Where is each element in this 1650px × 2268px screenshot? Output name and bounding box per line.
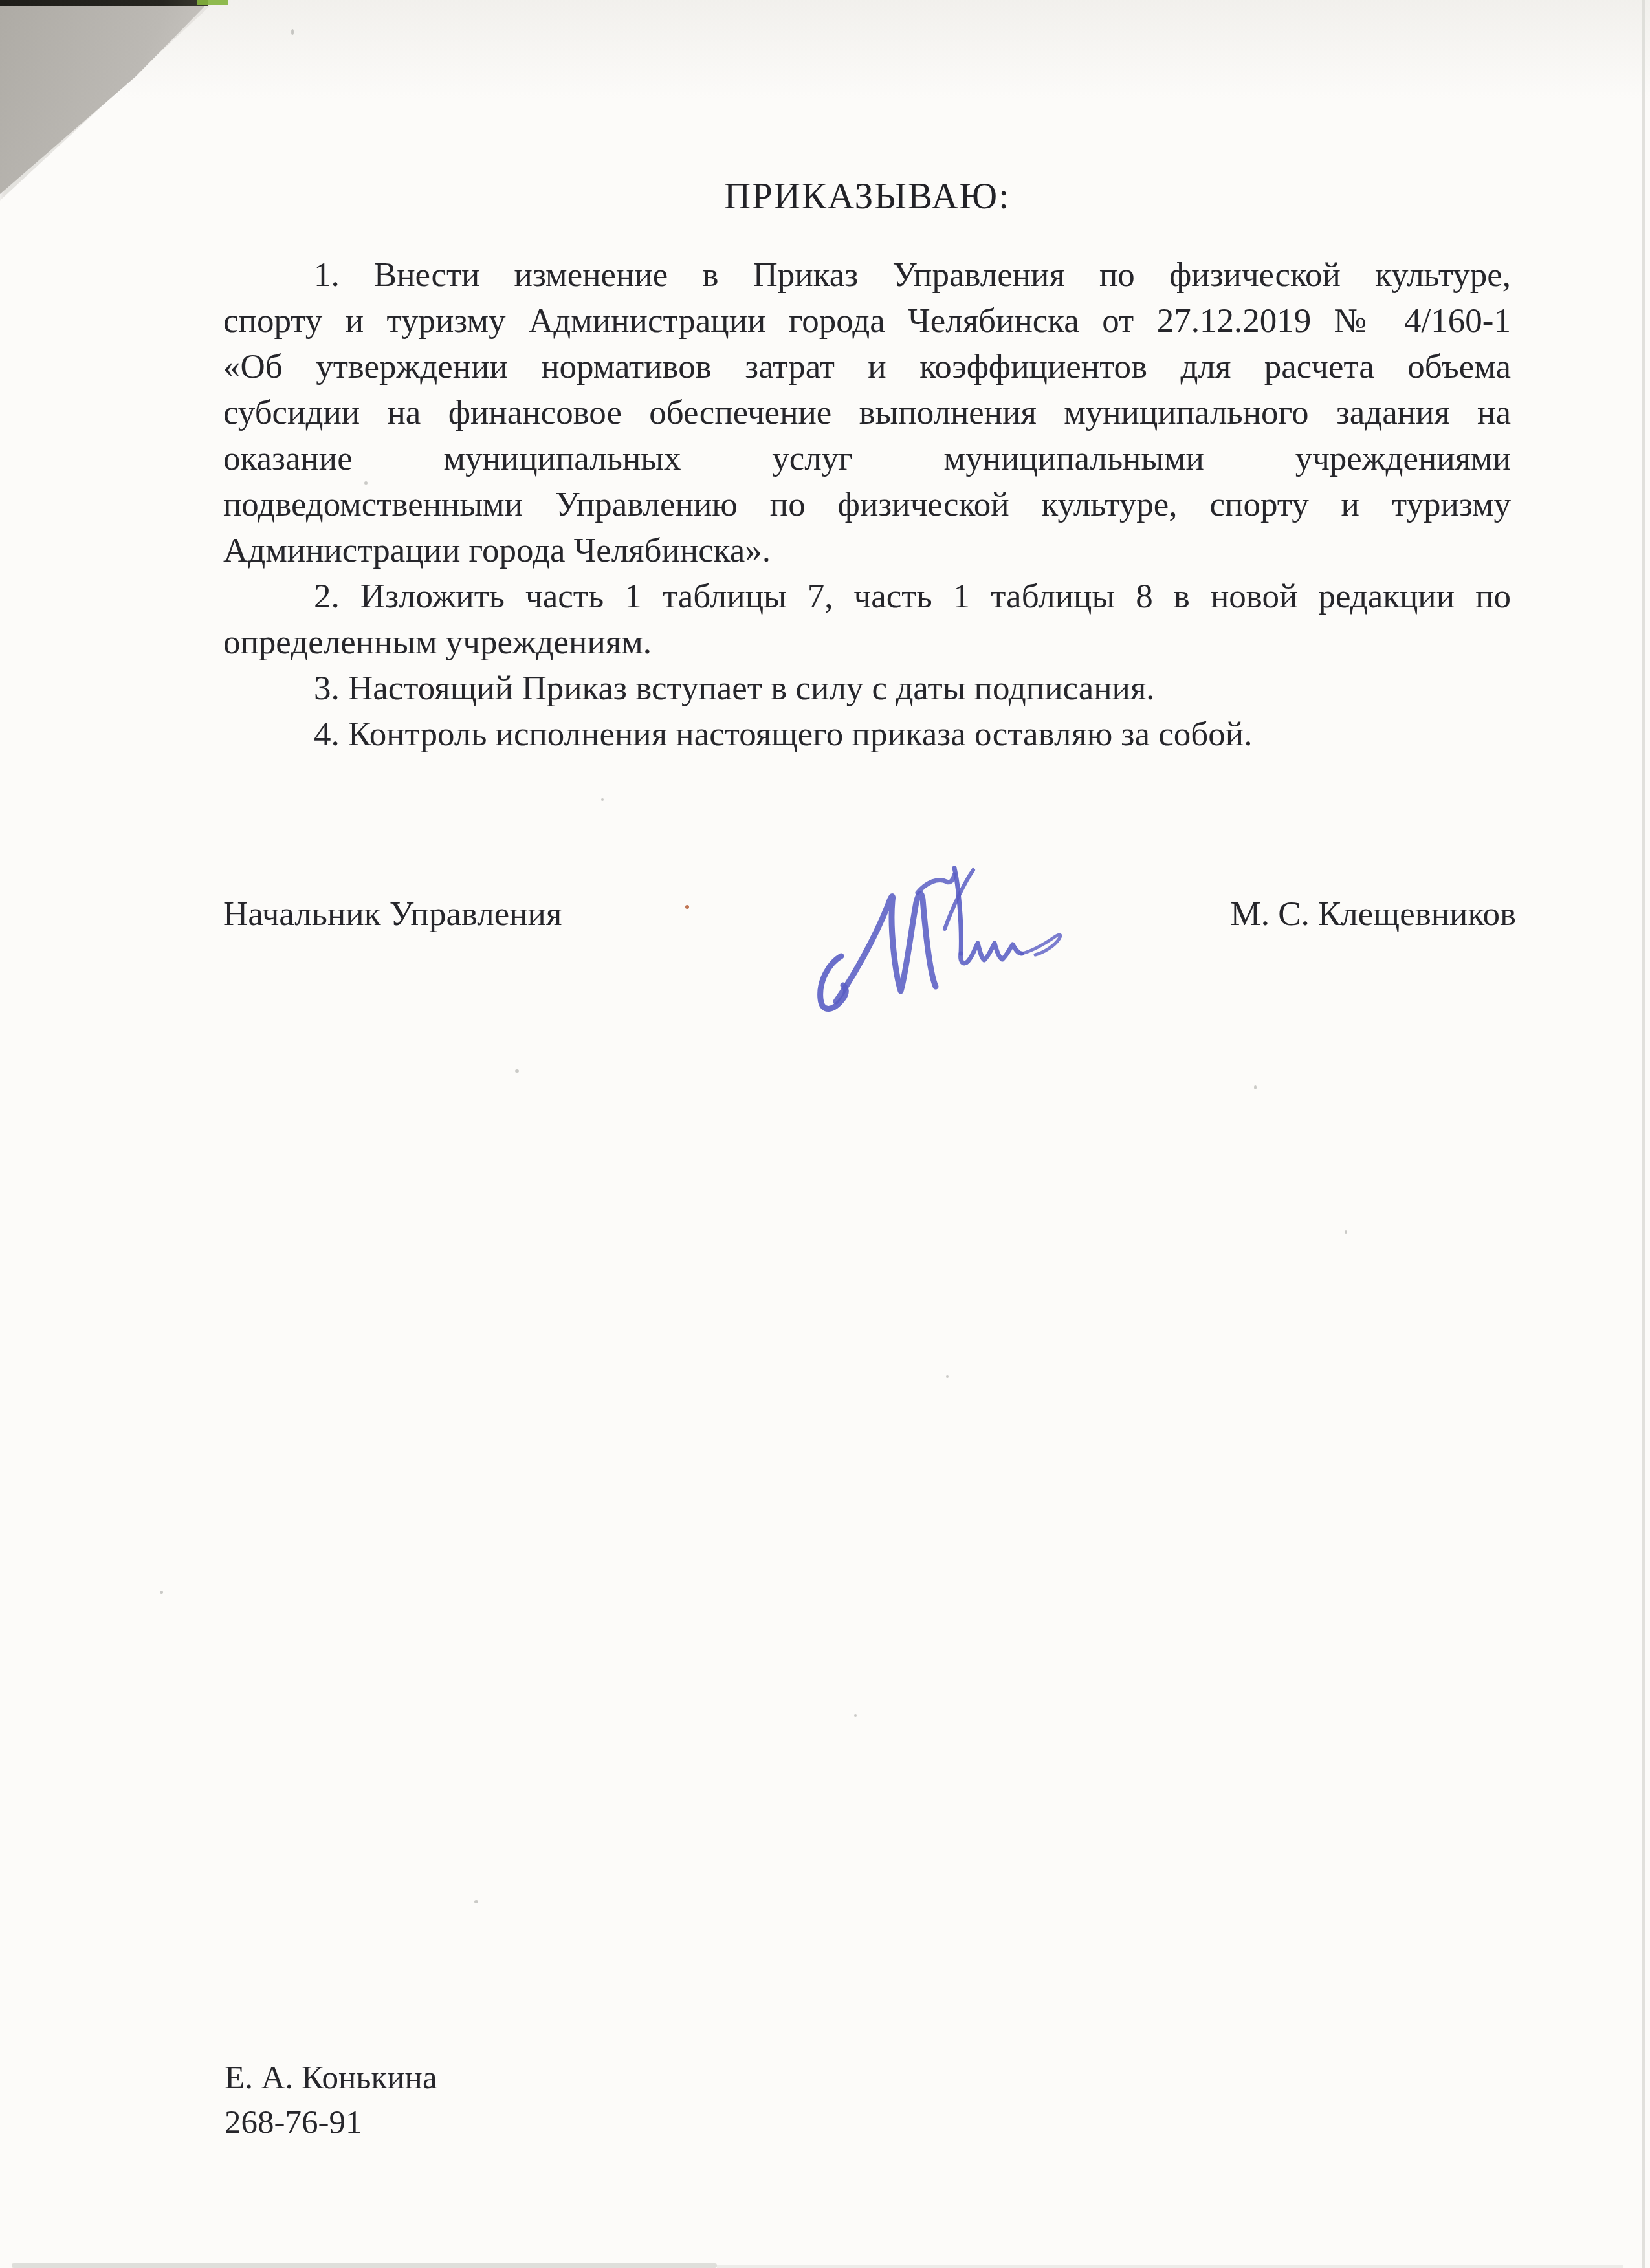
executor-name: Е. А. Конькина bbox=[225, 2056, 437, 2100]
paper-speck bbox=[474, 1900, 478, 1903]
text-line: 2. Изложить часть 1 таблицы 7, часть 1 т… bbox=[223, 574, 1511, 620]
text-line: 3. Настоящий Приказ вступает в силу с да… bbox=[223, 666, 1511, 712]
document-body: 1. Внести изменение в Приказ Управления … bbox=[223, 252, 1511, 758]
paper-speck bbox=[854, 1714, 857, 1717]
text-line: определенным учреждениям. bbox=[223, 620, 1511, 666]
text-line: оказание муниципальных услуг муниципальн… bbox=[223, 436, 1511, 482]
paper-speck bbox=[1345, 1230, 1347, 1234]
paragraph: 4. Контроль исполнения настоящего приказ… bbox=[223, 712, 1511, 758]
paragraph: 3. Настоящий Приказ вступает в силу с да… bbox=[223, 666, 1511, 712]
paper-speck bbox=[601, 798, 604, 801]
text-line: 1. Внести изменение в Приказ Управления … bbox=[223, 252, 1511, 298]
scan-edge-bottom-strip-2 bbox=[717, 2265, 1623, 2268]
paper-speck bbox=[515, 1069, 519, 1073]
text-line: 4. Контроль исполнения настоящего приказ… bbox=[223, 712, 1511, 758]
signer-position-label: Начальник Управления bbox=[223, 891, 562, 937]
executor-phone: 268-76-91 bbox=[225, 2100, 437, 2145]
text-line: спорту и туризму Администрации города Че… bbox=[223, 298, 1511, 344]
paper-speck bbox=[291, 29, 294, 35]
paragraph: 2. Изложить часть 1 таблицы 7, часть 1 т… bbox=[223, 574, 1511, 666]
document-title: ПРИКАЗЫВАЮ: bbox=[223, 173, 1511, 220]
paragraph: 1. Внести изменение в Приказ Управления … bbox=[223, 252, 1511, 574]
text-line: субсидии на финансовое обеспечение выпол… bbox=[223, 390, 1511, 436]
text-line: Администрации города Челябинска». bbox=[223, 528, 1511, 574]
scan-edge-dark-strip bbox=[0, 0, 208, 6]
scanned-order-page: ПРИКАЗЫВАЮ: 1. Внести изменение в Приказ… bbox=[0, 0, 1650, 2268]
paper-speck bbox=[1254, 1085, 1257, 1089]
paper-speck bbox=[160, 1591, 163, 1594]
scan-edge-green-sliver bbox=[197, 0, 228, 5]
text-line: «Об утверждении нормативов затрат и коэф… bbox=[223, 344, 1511, 390]
signer-name: М. С. Клещевников bbox=[1231, 891, 1516, 937]
handwritten-signature bbox=[808, 851, 1112, 1045]
scan-edge-right-line bbox=[1642, 0, 1645, 2268]
document-footer: Е. А. Конькина 268-76-91 bbox=[225, 2056, 437, 2145]
text-line: подведомственными Управлению по физическ… bbox=[223, 482, 1511, 528]
scan-edge-bottom-strip bbox=[12, 2263, 717, 2268]
paper-speck bbox=[946, 1375, 949, 1378]
